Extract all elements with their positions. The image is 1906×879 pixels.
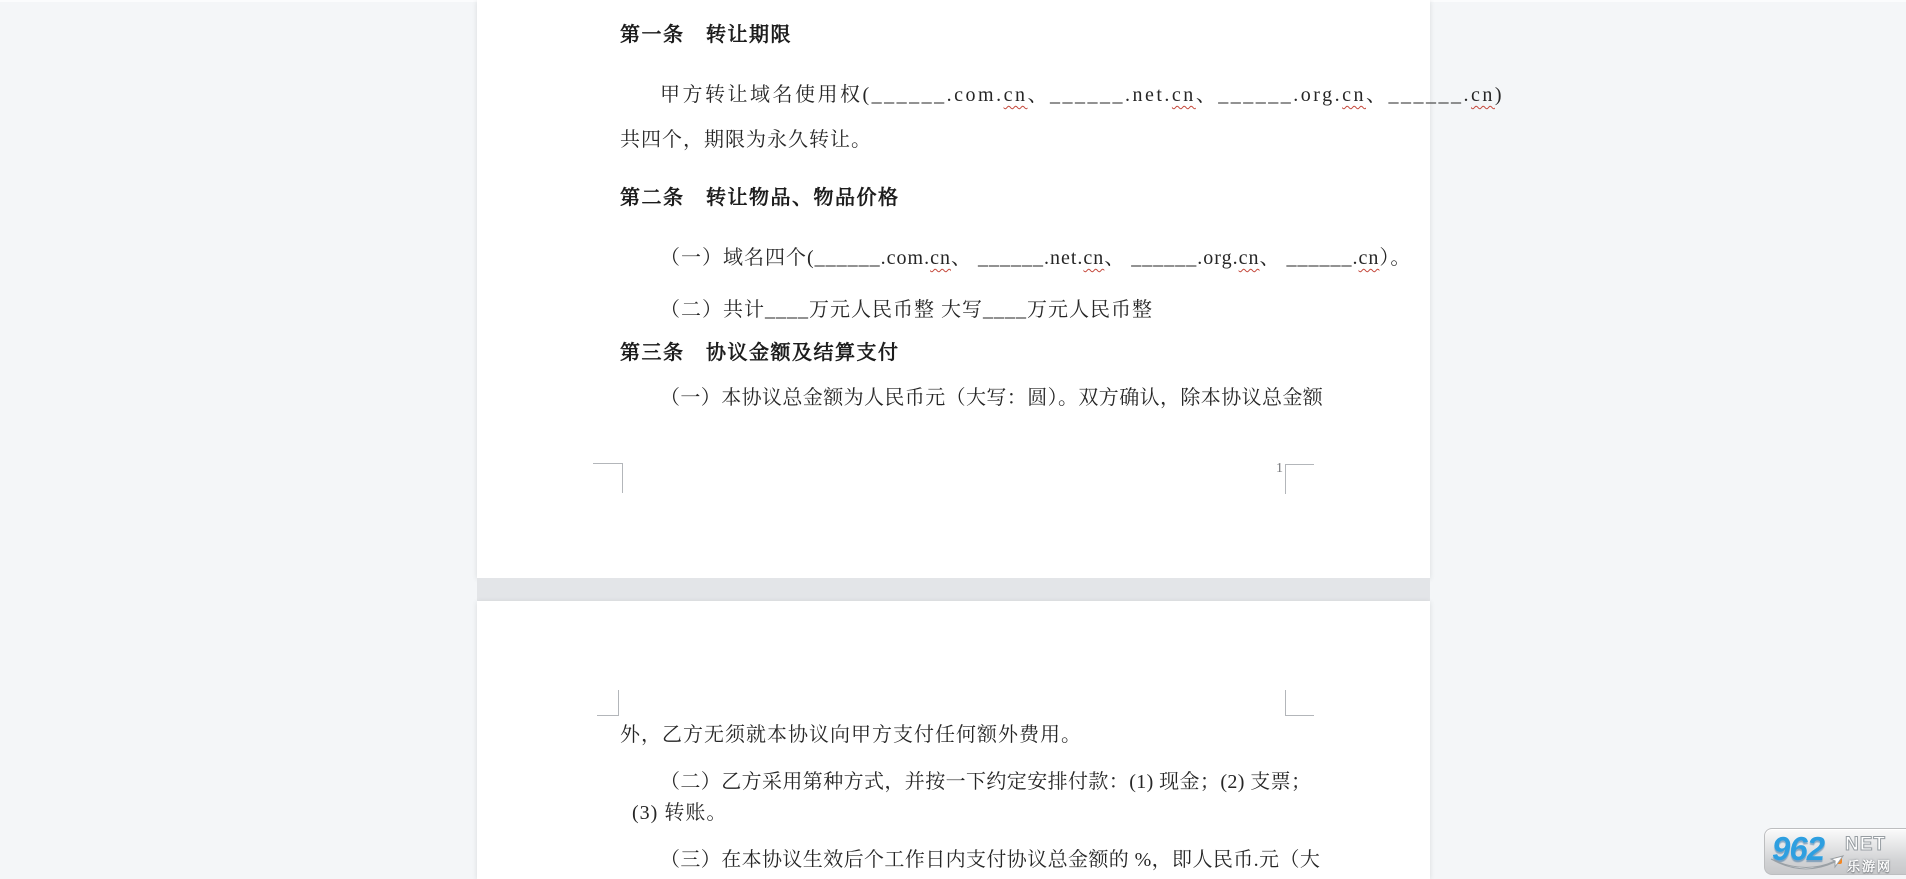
text-segment: 、 ______.org. — [1104, 247, 1238, 269]
text-segment: ）。 — [1379, 247, 1411, 269]
clause-1-continuation: 共四个，期限为永久转让。 — [620, 126, 1290, 154]
clause-3-item-1: （一）本协议总金额为人民币元（大写：圆）。双方确认，除本协议总金额 — [620, 384, 1330, 412]
text-segment: 、______.net. — [1027, 84, 1171, 106]
screen: { "canvas": { "background": "#f4f6f8", "… — [0, 0, 1906, 879]
swoosh-arrow-icon — [1769, 853, 1847, 875]
text-segment: 、______.org. — [1196, 84, 1342, 106]
page-1[interactable]: 第一条 转让期限 甲方转让域名使用权(______.com.cn、______.… — [477, 0, 1430, 578]
clause-2-heading: 第二条 转让物品、物品价格 — [620, 184, 1290, 212]
top-left-margin-mark — [597, 690, 619, 716]
misspelled-text: cn — [1359, 247, 1380, 269]
misspelled-text: cn — [930, 247, 951, 269]
text-segment: 、 ______.net. — [951, 247, 1083, 269]
clause-3-item-2-continuation: (3) 转账。 — [620, 799, 1302, 827]
page-gap — [477, 578, 1430, 601]
clause-3-heading: 第三条 协议金额及结算支付 — [620, 339, 1290, 367]
bottom-right-margin-mark — [1285, 464, 1314, 494]
watermark-badge: 962 NET 乐游网 — [1764, 828, 1906, 875]
page-2[interactable]: 外，乙方无须就本协议向甲方支付任何额外费用。 （二）乙方采用第种方式，并按一下约… — [477, 601, 1430, 879]
watermark-tagline: 乐游网 — [1847, 856, 1892, 875]
text-segment: ) — [1495, 84, 1504, 106]
bottom-left-margin-mark — [593, 463, 623, 493]
watermark-net-label: NET — [1845, 834, 1886, 856]
text-segment: 、 ______. — [1260, 247, 1359, 269]
misspelled-text: cn — [1239, 247, 1260, 269]
page-number: 1 — [1267, 461, 1283, 477]
clause-3-item-1-continuation: 外，乙方无须就本协议向甲方支付任何额外费用。 — [620, 721, 1290, 749]
text-segment: 、______. — [1366, 84, 1471, 106]
misspelled-text: cn — [1172, 84, 1196, 106]
clause-2-item-2: （二）共计____万元人民币整 大写____万元人民币整 — [620, 296, 1330, 324]
clause-2-item-1: （一）域名四个(______.com.cn、 ______.net.cn、 __… — [620, 244, 1330, 272]
clause-1-heading: 第一条 转让期限 — [620, 21, 1290, 49]
misspelled-text: cn — [1004, 84, 1028, 106]
text-segment: （一）域名四个(______.com. — [660, 247, 930, 269]
clause-3-item-2: （二）乙方采用第种方式，并按一下约定安排付款：(1) 现金；(2) 支票； — [620, 768, 1330, 796]
clause-1-domains-line: 甲方转让域名使用权(______.com.cn、______.net.cn、__… — [620, 81, 1330, 109]
document-canvas: 第一条 转让期限 甲方转让域名使用权(______.com.cn、______.… — [477, 0, 1430, 879]
misspelled-text: cn — [1342, 84, 1366, 106]
text-segment: 甲方转让域名使用权(______.com. — [660, 84, 1004, 106]
top-right-margin-mark — [1285, 690, 1314, 716]
clause-3-item-3: （三）在本协议生效后个工作日内支付协议总金额的 %，即人民币.元（大 — [620, 846, 1330, 874]
misspelled-text: cn — [1471, 84, 1495, 106]
misspelled-text: cn — [1083, 247, 1104, 269]
